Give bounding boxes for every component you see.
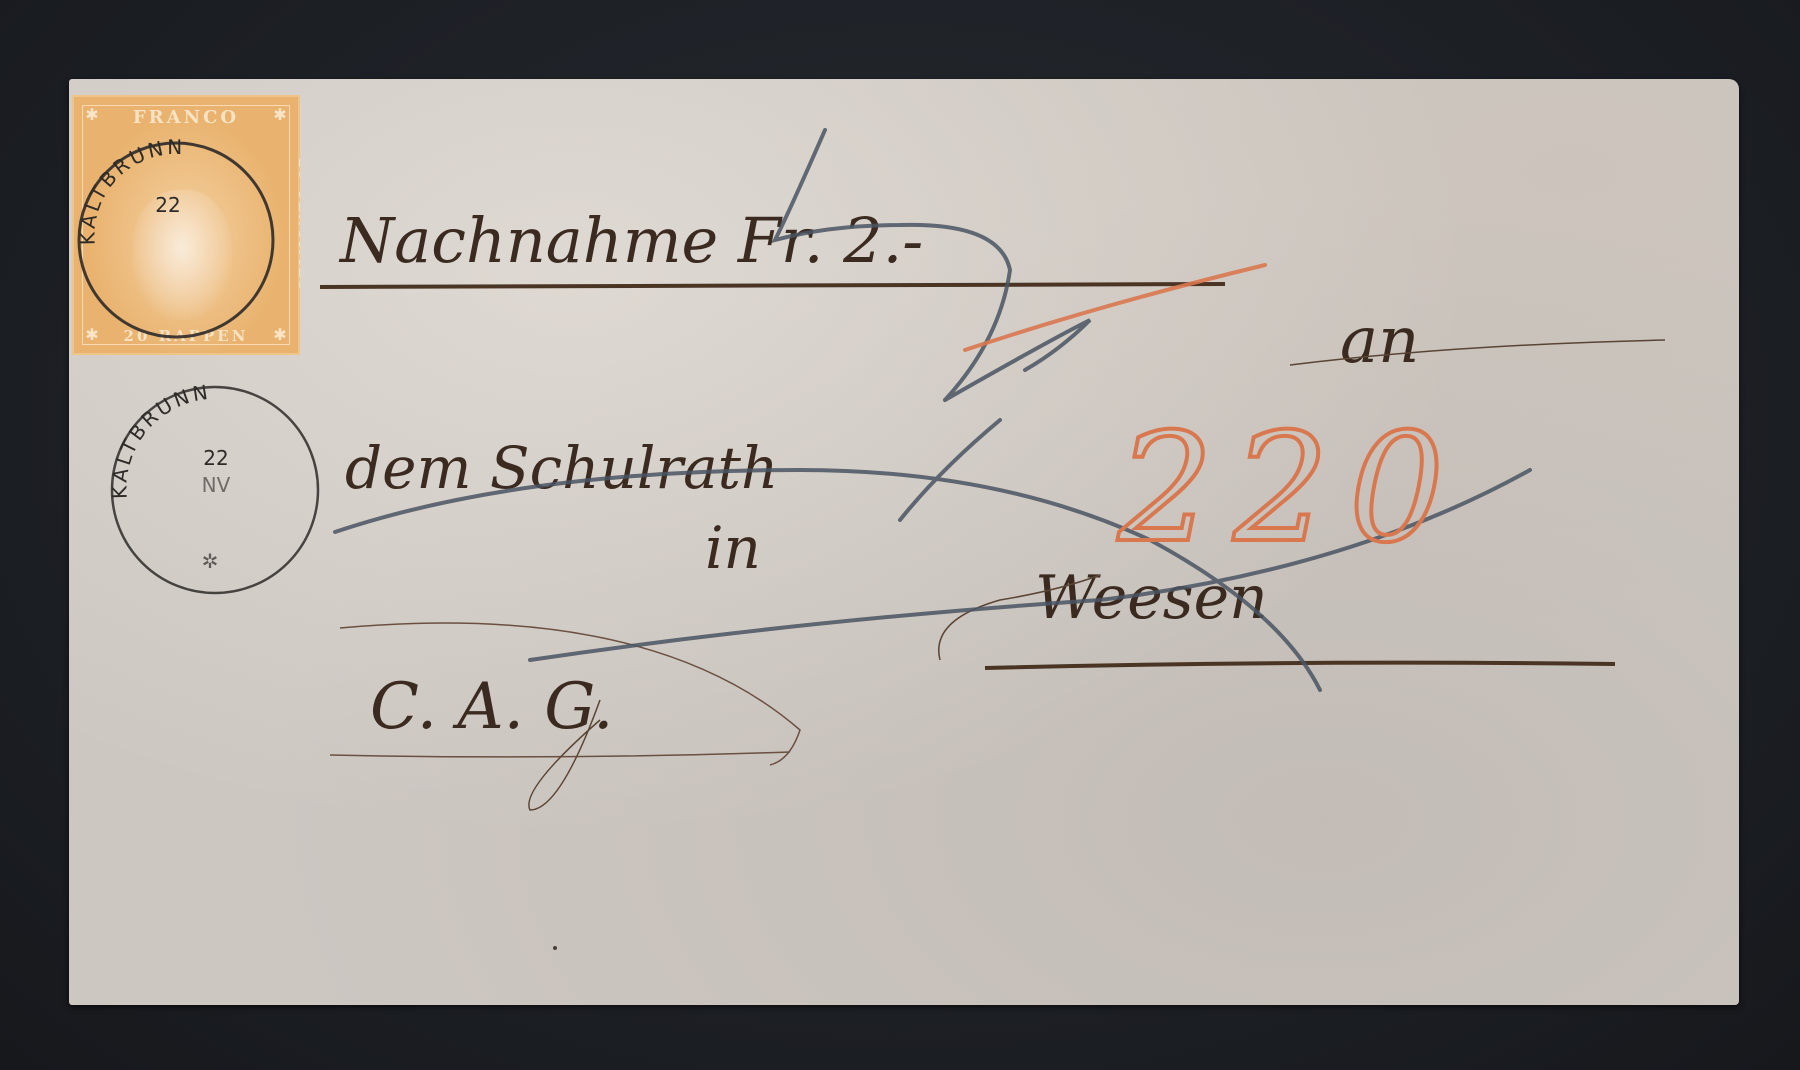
stamp-corner-ornament-icon: ✱: [84, 107, 100, 123]
stamp-right-label: 20 CENTIMES: [295, 158, 300, 292]
stamp-corner-ornament-icon: ✱: [272, 107, 288, 123]
stamp-top-label: FRANCO: [72, 107, 300, 128]
envelope-cover: [69, 79, 1739, 1005]
stamp-corner-ornament-icon: ✱: [84, 327, 100, 343]
stamp-corner-ornament-icon: ✱: [272, 327, 288, 343]
postage-stamp: FRANCO 20 RAPPEN 20 CENTIMES 20 CENT. ✱ …: [72, 95, 300, 355]
helvetia-figure: [132, 190, 232, 320]
stamp-bottom-label: 20 RAPPEN: [72, 327, 300, 345]
